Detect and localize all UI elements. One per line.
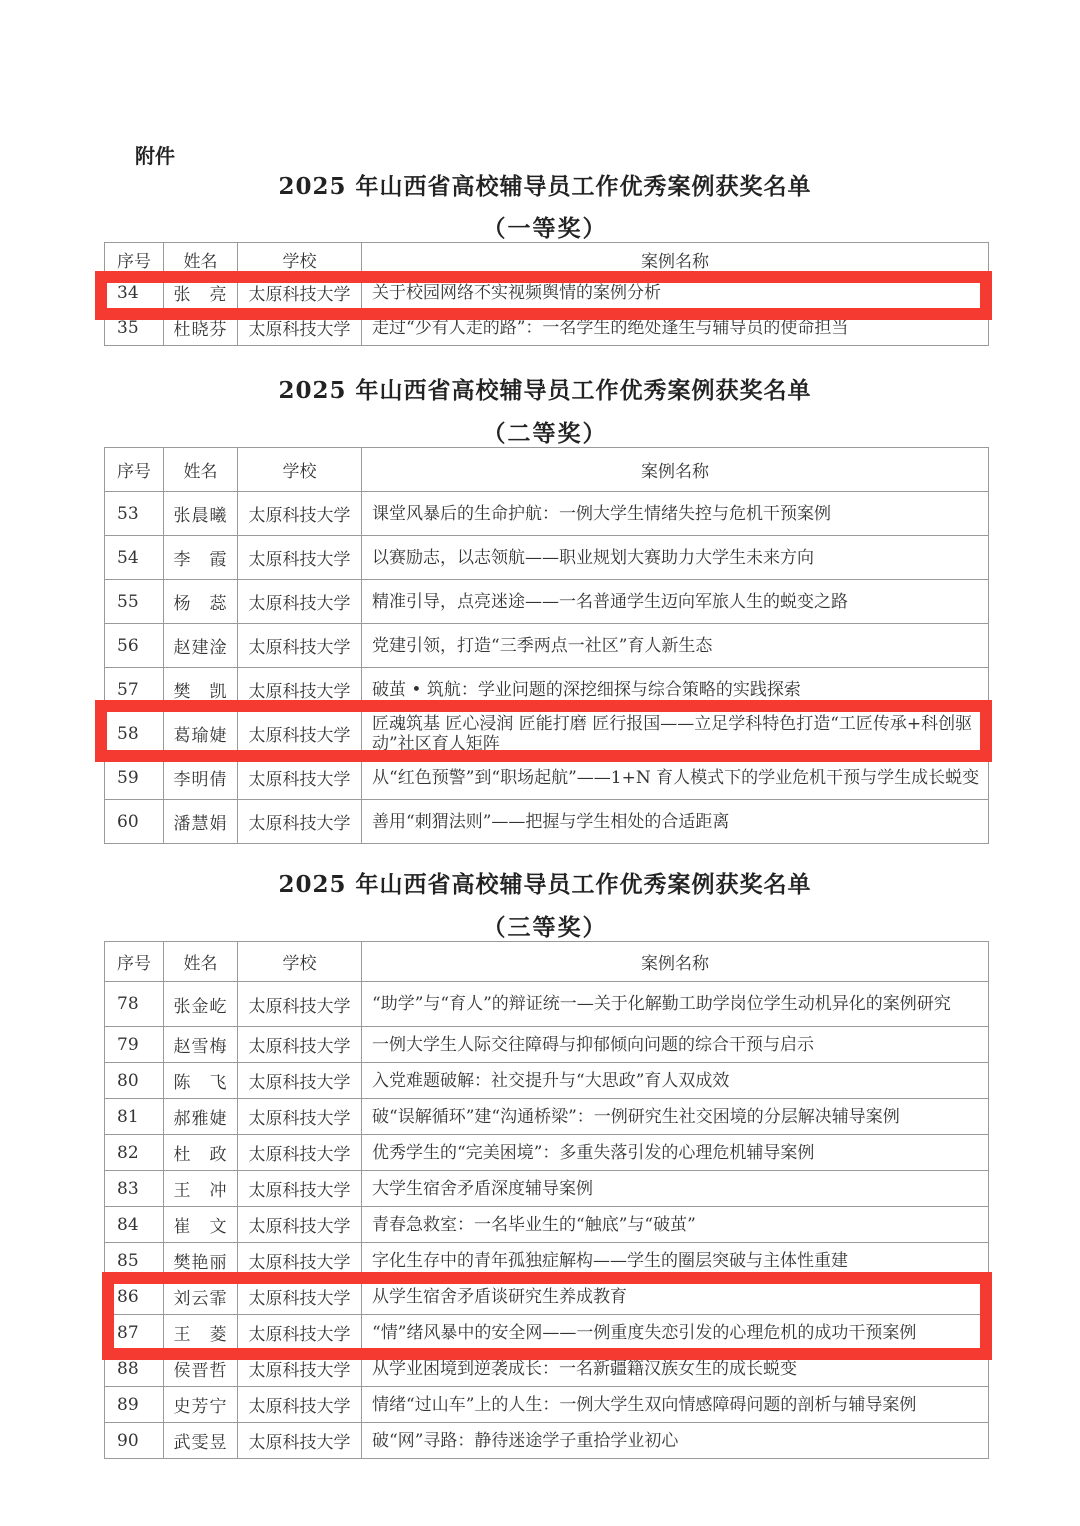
row-case: 走过“少有人走的路”：一名学生的绝处逢生与辅导员的使命担当 xyxy=(362,310,989,346)
row-school: 太原科技大学 xyxy=(238,1171,362,1207)
row-name: 李 霞 xyxy=(164,536,238,580)
table-row: 54 李 霞 太原科技大学 以赛励志，以志领航——职业规划大赛助力大学生未来方向 xyxy=(105,536,989,580)
row-case: 青春急救室：一名毕业生的“触底”与“破茧” xyxy=(362,1207,989,1243)
row-school: 太原科技大学 xyxy=(238,1387,362,1423)
table-row: 59 李明倩 太原科技大学 从“红色预警”到“职场起航”——1+N 育人模式下的… xyxy=(105,756,989,800)
row-name: 杨 蕊 xyxy=(164,580,238,624)
row-school: 太原科技大学 xyxy=(238,1423,362,1459)
row-school: 太原科技大学 xyxy=(238,1279,362,1315)
row-name: 崔 文 xyxy=(164,1207,238,1243)
row-school: 太原科技大学 xyxy=(238,276,362,310)
row-name: 张 亮 xyxy=(164,276,238,310)
row-school: 太原科技大学 xyxy=(238,756,362,800)
attachment-label: 附件 xyxy=(135,140,175,169)
table-row: 53 张晨曦 太原科技大学 课堂风暴后的生命护航：一例大学生情绪失控与危机干预案… xyxy=(105,492,989,536)
table-row: 56 赵建淦 太原科技大学 党建引领，打造“三季两点一社区”育人新生态 xyxy=(105,624,989,668)
row-no: 85 xyxy=(105,1243,164,1279)
row-school: 太原科技大学 xyxy=(238,1351,362,1387)
row-name: 史芳宁 xyxy=(164,1387,238,1423)
table-row: 85 樊艳丽 太原科技大学 字化生存中的青年孤独症解构——学生的圈层突破与主体性… xyxy=(105,1243,989,1279)
row-case: 关于校园网络不实视频舆情的案例分析 xyxy=(362,276,989,310)
row-no: 83 xyxy=(105,1171,164,1207)
row-name: 潘慧娟 xyxy=(164,800,238,844)
table-row: 58 葛瑜婕 太原科技大学 匠魂筑基 匠心浸润 匠能打磨 匠行报国——立足学科特… xyxy=(105,712,989,756)
row-school: 太原科技大学 xyxy=(238,1243,362,1279)
row-case: 字化生存中的青年孤独症解构——学生的圈层突破与主体性重建 xyxy=(362,1243,989,1279)
row-name: 杜 政 xyxy=(164,1135,238,1171)
row-school: 太原科技大学 xyxy=(238,536,362,580)
table-header: 序号 姓名 学校 案例名称 xyxy=(105,243,989,276)
row-no: 89 xyxy=(105,1387,164,1423)
table-row: 79 赵雪梅 太原科技大学 一例大学生人际交往障碍与抑郁倾向问题的综合干预与启示 xyxy=(105,1027,989,1063)
table-row: 34 张 亮 太原科技大学 关于校园网络不实视频舆情的案例分析 xyxy=(105,276,989,310)
row-school: 太原科技大学 xyxy=(238,492,362,536)
row-school: 太原科技大学 xyxy=(238,712,362,756)
section-title-second: 2025 年山西省高校辅导员工作优秀案例获奖名单 xyxy=(0,372,1080,405)
row-no: 80 xyxy=(105,1063,164,1099)
table-row: 35 杜晓芬 太原科技大学 走过“少有人走的路”：一名学生的绝处逢生与辅导员的使… xyxy=(105,310,989,346)
table-row: 82 杜 政 太原科技大学 优秀学生的“完美困境”：多重失落引发的心理危机辅导案… xyxy=(105,1135,989,1171)
row-name: 樊艳丽 xyxy=(164,1243,238,1279)
header-name: 姓名 xyxy=(164,243,238,276)
row-name: 葛瑜婕 xyxy=(164,712,238,756)
header-no: 序号 xyxy=(105,243,164,276)
row-name: 侯晋哲 xyxy=(164,1351,238,1387)
header-school: 学校 xyxy=(238,243,362,276)
row-no: 87 xyxy=(105,1315,164,1351)
row-case: 善用“刺猬法则”——把握与学生相处的合适距离 xyxy=(362,800,989,844)
row-school: 太原科技大学 xyxy=(238,800,362,844)
award-table-third: 序号 姓名 学校 案例名称 78 张金屹 太原科技大学 “助学”与“育人”的辩证… xyxy=(104,941,989,1459)
row-case: “助学”与“育人”的辩证统一—关于化解勤工助学岗位学生动机异化的案例研究 xyxy=(362,982,989,1027)
table-row: 60 潘慧娟 太原科技大学 善用“刺猬法则”——把握与学生相处的合适距离 xyxy=(105,800,989,844)
row-no: 81 xyxy=(105,1099,164,1135)
row-no: 82 xyxy=(105,1135,164,1171)
table-row: 84 崔 文 太原科技大学 青春急救室：一名毕业生的“触底”与“破茧” xyxy=(105,1207,989,1243)
row-school: 太原科技大学 xyxy=(238,624,362,668)
row-case: 入党难题破解：社交提升与“大思政”育人双成效 xyxy=(362,1063,989,1099)
row-case: “情”绪风暴中的安全网——一例重度失恋引发的心理危机的成功干预案例 xyxy=(362,1315,989,1351)
table-row: 87 王 菱 太原科技大学 “情”绪风暴中的安全网——一例重度失恋引发的心理危机… xyxy=(105,1315,989,1351)
section-title-third: 2025 年山西省高校辅导员工作优秀案例获奖名单 xyxy=(0,866,1080,899)
header-name: 姓名 xyxy=(164,448,238,492)
row-no: 59 xyxy=(105,756,164,800)
row-case: 破“网”寻路：静待迷途学子重拾学业初心 xyxy=(362,1423,989,1459)
header-case: 案例名称 xyxy=(362,243,989,276)
row-case: 情绪“过山车”上的人生：一例大学生双向情感障碍问题的剖析与辅导案例 xyxy=(362,1387,989,1423)
row-name: 樊 凯 xyxy=(164,668,238,712)
award-level-second: （二等奖） xyxy=(0,415,1080,448)
row-name: 郝雅婕 xyxy=(164,1099,238,1135)
row-school: 太原科技大学 xyxy=(238,310,362,346)
table-row: 81 郝雅婕 太原科技大学 破“误解循环”建“沟通桥梁”：一例研究生社交困境的分… xyxy=(105,1099,989,1135)
row-school: 太原科技大学 xyxy=(238,1207,362,1243)
table-row: 89 史芳宁 太原科技大学 情绪“过山车”上的人生：一例大学生双向情感障碍问题的… xyxy=(105,1387,989,1423)
row-no: 56 xyxy=(105,624,164,668)
section-title-first: 2025 年山西省高校辅导员工作优秀案例获奖名单 xyxy=(0,168,1080,201)
row-no: 86 xyxy=(105,1279,164,1315)
row-name: 王 冲 xyxy=(164,1171,238,1207)
row-name: 张金屹 xyxy=(164,982,238,1027)
row-no: 34 xyxy=(105,276,164,310)
row-no: 54 xyxy=(105,536,164,580)
row-no: 88 xyxy=(105,1351,164,1387)
row-case: 破“误解循环”建“沟通桥梁”：一例研究生社交困境的分层解决辅导案例 xyxy=(362,1099,989,1135)
row-case: 从学业困境到逆袭成长：一名新疆籍汉族女生的成长蜕变 xyxy=(362,1351,989,1387)
row-school: 太原科技大学 xyxy=(238,982,362,1027)
row-case: 大学生宿舍矛盾深度辅导案例 xyxy=(362,1171,989,1207)
header-case: 案例名称 xyxy=(362,448,989,492)
table-header: 序号 姓名 学校 案例名称 xyxy=(105,448,989,492)
header-case: 案例名称 xyxy=(362,942,989,982)
row-no: 79 xyxy=(105,1027,164,1063)
row-name: 武雯昱 xyxy=(164,1423,238,1459)
row-no: 53 xyxy=(105,492,164,536)
table-row: 83 王 冲 太原科技大学 大学生宿舍矛盾深度辅导案例 xyxy=(105,1171,989,1207)
table-header: 序号 姓名 学校 案例名称 xyxy=(105,942,989,982)
award-table-first: 序号 姓名 学校 案例名称 34 张 亮 太原科技大学 关于校园网络不实视频舆情… xyxy=(104,242,989,346)
header-no: 序号 xyxy=(105,942,164,982)
row-case: 精准引导，点亮迷途——一名普通学生迈向军旅人生的蜕变之路 xyxy=(362,580,989,624)
table-row: 80 陈 飞 太原科技大学 入党难题破解：社交提升与“大思政”育人双成效 xyxy=(105,1063,989,1099)
row-case: 党建引领，打造“三季两点一社区”育人新生态 xyxy=(362,624,989,668)
row-no: 78 xyxy=(105,982,164,1027)
table-row: 57 樊 凯 太原科技大学 破茧 • 筑航：学业问题的深挖细探与综合策略的实践探… xyxy=(105,668,989,712)
header-name: 姓名 xyxy=(164,942,238,982)
row-no: 58 xyxy=(105,712,164,756)
row-school: 太原科技大学 xyxy=(238,1027,362,1063)
row-school: 太原科技大学 xyxy=(238,580,362,624)
row-case: 匠魂筑基 匠心浸润 匠能打磨 匠行报国——立足学科特色打造“工匠传承+科创驱动”… xyxy=(362,712,989,756)
row-name: 张晨曦 xyxy=(164,492,238,536)
award-level-first: （一等奖） xyxy=(0,210,1080,243)
table-row: 55 杨 蕊 太原科技大学 精准引导，点亮迷途——一名普通学生迈向军旅人生的蜕变… xyxy=(105,580,989,624)
row-case: 破茧 • 筑航：学业问题的深挖细探与综合策略的实践探索 xyxy=(362,668,989,712)
row-no: 90 xyxy=(105,1423,164,1459)
award-level-third: （三等奖） xyxy=(0,909,1080,942)
row-name: 杜晓芬 xyxy=(164,310,238,346)
row-no: 57 xyxy=(105,668,164,712)
row-school: 太原科技大学 xyxy=(238,1063,362,1099)
row-name: 刘云霏 xyxy=(164,1279,238,1315)
header-school: 学校 xyxy=(238,448,362,492)
table-row: 86 刘云霏 太原科技大学 从学生宿舍矛盾谈研究生养成教育 xyxy=(105,1279,989,1315)
row-school: 太原科技大学 xyxy=(238,1099,362,1135)
row-name: 王 菱 xyxy=(164,1315,238,1351)
row-school: 太原科技大学 xyxy=(238,1135,362,1171)
row-case: 从“红色预警”到“职场起航”——1+N 育人模式下的学业危机干预与学生成长蜕变 xyxy=(362,756,989,800)
header-no: 序号 xyxy=(105,448,164,492)
row-name: 陈 飞 xyxy=(164,1063,238,1099)
row-no: 60 xyxy=(105,800,164,844)
row-case: 以赛励志，以志领航——职业规划大赛助力大学生未来方向 xyxy=(362,536,989,580)
row-case: 优秀学生的“完美困境”：多重失落引发的心理危机辅导案例 xyxy=(362,1135,989,1171)
row-case: 一例大学生人际交往障碍与抑郁倾向问题的综合干预与启示 xyxy=(362,1027,989,1063)
row-school: 太原科技大学 xyxy=(238,668,362,712)
table-row: 90 武雯昱 太原科技大学 破“网”寻路：静待迷途学子重拾学业初心 xyxy=(105,1423,989,1459)
row-no: 55 xyxy=(105,580,164,624)
row-name: 赵建淦 xyxy=(164,624,238,668)
table-row: 78 张金屹 太原科技大学 “助学”与“育人”的辩证统一—关于化解勤工助学岗位学… xyxy=(105,982,989,1027)
header-school: 学校 xyxy=(238,942,362,982)
row-case: 从学生宿舍矛盾谈研究生养成教育 xyxy=(362,1279,989,1315)
row-no: 35 xyxy=(105,310,164,346)
award-table-second: 序号 姓名 学校 案例名称 53 张晨曦 太原科技大学 课堂风暴后的生命护航：一… xyxy=(104,447,989,844)
row-no: 84 xyxy=(105,1207,164,1243)
row-case: 课堂风暴后的生命护航：一例大学生情绪失控与危机干预案例 xyxy=(362,492,989,536)
row-name: 李明倩 xyxy=(164,756,238,800)
row-name: 赵雪梅 xyxy=(164,1027,238,1063)
table-row: 88 侯晋哲 太原科技大学 从学业困境到逆袭成长：一名新疆籍汉族女生的成长蜕变 xyxy=(105,1351,989,1387)
row-school: 太原科技大学 xyxy=(238,1315,362,1351)
